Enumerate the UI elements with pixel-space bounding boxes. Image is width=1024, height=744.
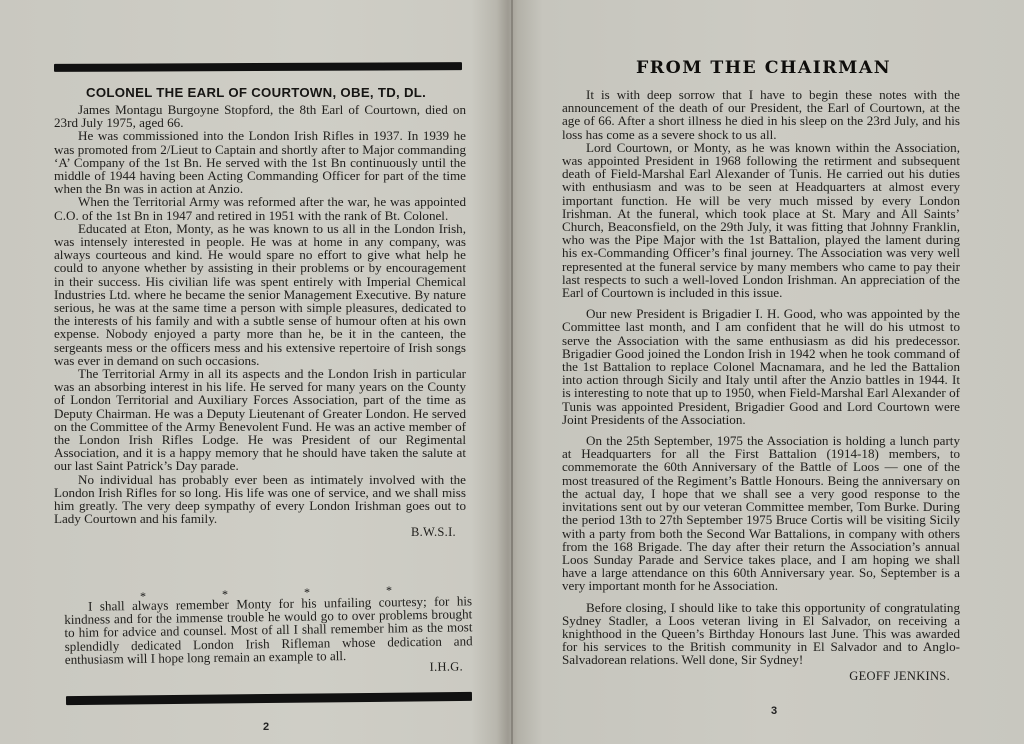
paragraph: It is with deep sorrow that I have to be… — [562, 88, 960, 141]
paragraph: Before closing, I should like to take th… — [562, 601, 960, 667]
right-page: FROM THE CHAIRMAN It is with deep sorrow… — [0, 0, 1024, 744]
paragraph: Our new President is Brigadier I. H. Goo… — [562, 307, 960, 426]
signature-geoff-jenkins: GEOFF JENKINS. — [562, 670, 960, 683]
paragraph: On the 25th September, 1975 the Associat… — [562, 434, 960, 592]
page-number: 3 — [771, 705, 777, 717]
paragraph: Lord Courtown, or Monty, as he was known… — [562, 141, 960, 299]
magazine-spread: COLONEL THE EARL OF COURTOWN, OBE, TD, D… — [0, 0, 1024, 744]
chairman-body: It is with deep sorrow that I have to be… — [562, 88, 960, 683]
chairman-title: FROM THE CHAIRMAN — [636, 58, 891, 77]
